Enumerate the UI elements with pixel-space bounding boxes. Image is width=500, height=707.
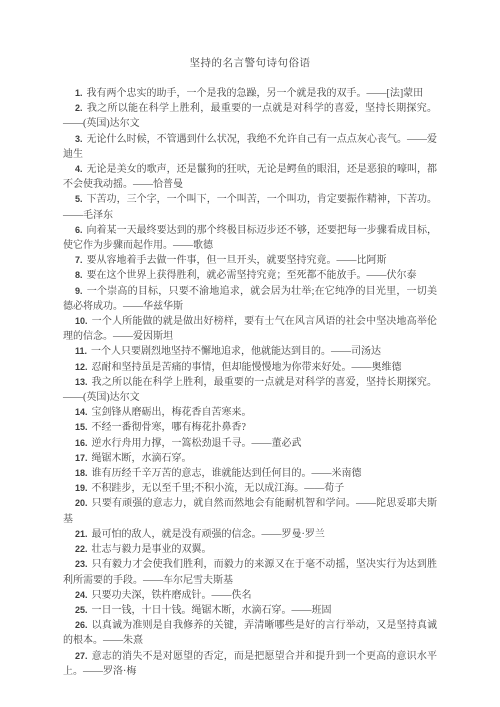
quote-number: 2. [75, 103, 83, 113]
quote-item: 25.一日一钱，十日十钱。绳锯木断，水滴石穿。——班固 [63, 603, 437, 618]
quote-item: 10.一个人所能做的就是做出好榜样，要有士气在风言风语的社会中坚决地高举伦理的信… [63, 314, 437, 344]
quote-number: 6. [75, 225, 83, 235]
quote-item: 14.宝剑锋从磨砺出，梅花香自苦寒来。 [63, 405, 437, 420]
quote-text: 不积跬步，无以至千里;不积小流，无以成江海。——荀子 [92, 483, 345, 494]
quote-text: 一个人只要剧烈地坚持不懈地追求，他就能达到目的。——司汤达 [91, 346, 381, 357]
quote-number: 12. [75, 362, 88, 372]
quote-text: 谁有历经千辛万苦的意志，谁就能达到任何目的。——米南德 [92, 468, 362, 479]
quote-number: 9. [75, 286, 83, 296]
quote-number: 19. [75, 483, 88, 493]
quote-text: 要从容地着手去做一件事，但一旦开头，就要坚持究竟。——比阿斯 [87, 255, 387, 266]
quote-number: 7. [75, 255, 83, 265]
quote-item: 20.只要有顽强的意志力，就自然而然地会有能耐机智和学问。——陀思妥耶夫斯基 [63, 496, 437, 526]
quote-text: 不经一番彻骨寒，哪有梅花扑鼻香? [92, 422, 246, 433]
quote-item: 9.一个崇高的目标，只要不渝地追求，就会居为壮举;在它纯净的目光里，一切美德必将… [63, 284, 437, 314]
quote-number: 25. [75, 605, 88, 615]
quote-text: 向着某一天最终要达到的那个终极目标迈步还不够，还要把每一步骤看成目标，使它作为步… [63, 225, 437, 251]
document-page: 坚持的名言警句诗句俗语 1.我有两个忠实的助手，一个是我的急躁，另一个就是我的双… [0, 0, 500, 707]
quote-number: 8. [75, 270, 83, 280]
quote-list: 1.我有两个忠实的助手，一个是我的急躁，另一个就是我的双手。——[法]蒙田 2.… [63, 86, 437, 679]
quote-number: 11. [75, 346, 87, 356]
quote-number: 17. [75, 453, 88, 463]
quote-item: 27.意志的消失不是对愿望的否定，而是把愿望合并和提升到一个更高的意识水平上。—… [63, 649, 437, 679]
quote-number: 24. [75, 590, 88, 600]
quote-number: 26. [75, 620, 88, 630]
quote-text: 无论是美女的歌声，还是鬣狗的狂吠，无论是鳄鱼的眼泪，还是恶狼的嚎叫，都不会使我动… [63, 164, 437, 190]
quote-item: 11.一个人只要剧烈地坚持不懈地追求，他就能达到目的。——司汤达 [63, 344, 437, 359]
quote-item: 24.只要功夫深，铁杵磨成针。——佚名 [63, 588, 437, 603]
quote-text: 要在这个世界上获得胜利，就必需坚持究竟；至死都不能放手。——伏尔泰 [87, 270, 417, 281]
quote-item: 26.以真诚为准则是自我修养的关键，弄清晰哪些是好的言行举动，又是坚持真诚的根本… [63, 618, 437, 648]
quote-item: 16.逆水行舟用力撑，一篙松劲退千寻。——董必武 [63, 436, 437, 451]
quote-item: 21.最可怕的敌人，就是没有顽强的信念。——罗曼·罗兰 [63, 527, 437, 542]
quote-item: 8.要在这个世界上获得胜利，就必需坚持究竟；至死都不能放手。——伏尔泰 [63, 268, 437, 283]
quote-text: 忍耐和坚持虽是苦痛的事情，但却能慢慢地为你带来好处。——奥维德 [92, 362, 402, 373]
quote-number: 15. [75, 422, 88, 432]
quote-item: 3.无论什么时候，不管遇到什么状况，我绝不允许自己有一点点灰心丧气。——爱迪生 [63, 132, 437, 162]
quote-item: 12.忍耐和坚持虽是苦痛的事情，但却能慢慢地为你带来好处。——奥维德 [63, 360, 437, 375]
quote-item: 15.不经一番彻骨寒，哪有梅花扑鼻香? [63, 420, 437, 435]
page-title: 坚持的名言警句诗句俗语 [63, 56, 437, 72]
quote-text: 意志的消失不是对愿望的否定，而是把愿望合并和提升到一个更高的意识水平上。——罗洛… [63, 651, 437, 677]
quote-item: 6.向着某一天最终要达到的那个终极目标迈步还不够，还要把每一步骤看成目标，使它作… [63, 223, 437, 253]
quote-item: 5.下苦功，三个字，一个叫下，一个叫苦，一个叫功，肯定要振作精神，下苦功。——毛… [63, 192, 437, 222]
quote-text: 我有两个忠实的助手，一个是我的急躁，另一个就是我的双手。——[法]蒙田 [87, 88, 424, 99]
quote-text: 下苦功，三个字，一个叫下，一个叫苦，一个叫功，肯定要振作精神，下苦功。——毛泽东 [63, 194, 437, 220]
quote-text: 我之所以能在科学上胜利，最重要的一点就是对科学的喜爱，坚持长期探究。——(英国)… [63, 377, 437, 403]
quote-number: 18. [75, 468, 88, 478]
quote-item: 17.绳锯木断，水滴石穿。 [63, 451, 437, 466]
quote-number: 14. [75, 407, 88, 417]
quote-item: 18.谁有历经千辛万苦的意志，谁就能达到任何目的。——米南德 [63, 466, 437, 481]
quote-text: 一日一钱，十日十钱。绳锯木断，水滴石穿。——班固 [92, 605, 332, 616]
quote-text: 壮志与毅力是事业的双翼。 [92, 544, 212, 555]
quote-text: 宝剑锋从磨砺出，梅花香自苦寒来。 [92, 407, 252, 418]
quote-text: 逆水行舟用力撑，一篙松劲退千寻。——董必武 [92, 438, 302, 449]
quote-item: 23.只有毅力才会使我们胜利，而毅力的来源又在于毫不动摇，坚决实行为达到胜利所需… [63, 557, 437, 587]
quote-number: 13. [75, 377, 88, 387]
quote-item: 4.无论是美女的歌声，还是鬣狗的狂吠，无论是鳄鱼的眼泪，还是恶狼的嚎叫，都不会使… [63, 162, 437, 192]
quote-item: 2.我之所以能在科学上胜利，最重要的一点就是对科学的喜爱，坚持长期探究。——(英… [63, 101, 437, 131]
quote-item: 1.我有两个忠实的助手，一个是我的急躁，另一个就是我的双手。——[法]蒙田 [63, 86, 437, 101]
quote-text: 最可怕的敌人，就是没有顽强的信念。——罗曼·罗兰 [92, 529, 325, 540]
quote-number: 16. [75, 438, 88, 448]
quote-number: 5. [75, 194, 83, 204]
quote-text: 只要有顽强的意志力，就自然而然地会有能耐机智和学问。——陀思妥耶夫斯基 [63, 498, 437, 524]
quote-number: 3. [75, 134, 83, 144]
quote-item: 13.我之所以能在科学上胜利，最重要的一点就是对科学的喜爱，坚持长期探究。——(… [63, 375, 437, 405]
quote-item: 22.壮志与毅力是事业的双翼。 [63, 542, 437, 557]
quote-number: 10. [75, 316, 88, 326]
quote-text: 只有毅力才会使我们胜利，而毅力的来源又在于毫不动摇，坚决实行为达到胜利所需要的手… [63, 559, 437, 585]
quote-text: 绳锯木断，水滴石穿。 [92, 453, 192, 464]
quote-number: 21. [75, 529, 88, 539]
quote-number: 27. [75, 651, 88, 661]
quote-item: 7.要从容地着手去做一件事，但一旦开头，就要坚持究竟。——比阿斯 [63, 253, 437, 268]
quote-text: 无论什么时候，不管遇到什么状况，我绝不允许自己有一点点灰心丧气。——爱迪生 [63, 134, 437, 160]
quote-number: 1. [75, 88, 83, 98]
quote-number: 22. [75, 544, 88, 554]
quote-text: 只要功夫深，铁杵磨成针。——佚名 [92, 590, 252, 601]
quote-text: 我之所以能在科学上胜利，最重要的一点就是对科学的喜爱，坚持长期探究。——(英国)… [63, 103, 437, 129]
quote-text: 以真诚为准则是自我修养的关键，弄清晰哪些是好的言行举动，又是坚持真诚的根本。——… [63, 620, 437, 646]
quote-number: 4. [75, 164, 83, 174]
quote-number: 20. [75, 498, 88, 508]
quote-item: 19.不积跬步，无以至千里;不积小流，无以成江海。——荀子 [63, 481, 437, 496]
quote-text: 一个人所能做的就是做出好榜样，要有士气在风言风语的社会中坚决地高举伦理的信念。—… [63, 316, 437, 342]
quote-text: 一个崇高的目标，只要不渝地追求，就会居为壮举;在它纯净的目光里，一切美德必将成功… [63, 286, 437, 312]
quote-number: 23. [75, 559, 88, 569]
